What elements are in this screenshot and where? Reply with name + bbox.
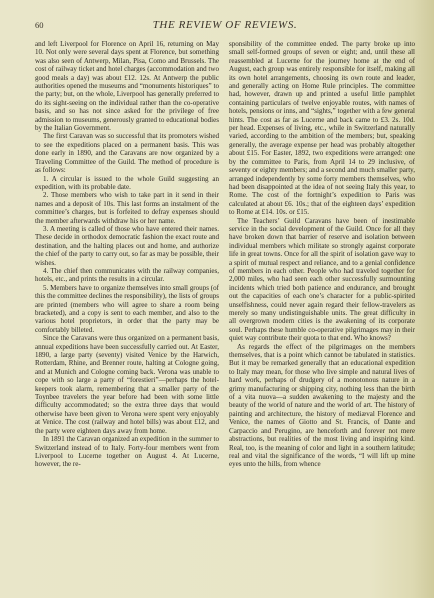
paragraph: In 1891 the Caravan organized an expedit…: [35, 435, 219, 469]
right-column: sponsibility of the committee ended. The…: [229, 40, 415, 469]
paragraph: 1. A circular is issued to the whole Gui…: [35, 175, 219, 192]
paragraph: 2. Those members who wish to take part i…: [35, 191, 219, 225]
paragraph: As regards the effect of the pilgrimages…: [229, 343, 415, 469]
page-header: 60 THE REVIEW OF REVIEWS.: [35, 20, 415, 34]
left-column: and left Liverpool for Florence on April…: [35, 40, 219, 469]
running-title: THE REVIEW OF REVIEWS.: [35, 19, 415, 31]
paragraph: and left Liverpool for Florence on April…: [35, 40, 219, 132]
paragraph: 5. Members have to organize themselves i…: [35, 284, 219, 334]
paragraph: 4. The chief then communicates with the …: [35, 267, 219, 284]
paragraph: Since the Caravans were thus organized o…: [35, 334, 219, 435]
document-page: 60 THE REVIEW OF REVIEWS. and left Liver…: [0, 0, 434, 598]
paragraph: The first Caravan was so successful that…: [35, 132, 219, 174]
paragraph: The Teachers’ Guild Caravans have been o…: [229, 217, 415, 343]
paragraph: sponsibility of the committee ended. The…: [229, 40, 415, 217]
paragraph: 3. A meeting is called of those who have…: [35, 225, 219, 267]
